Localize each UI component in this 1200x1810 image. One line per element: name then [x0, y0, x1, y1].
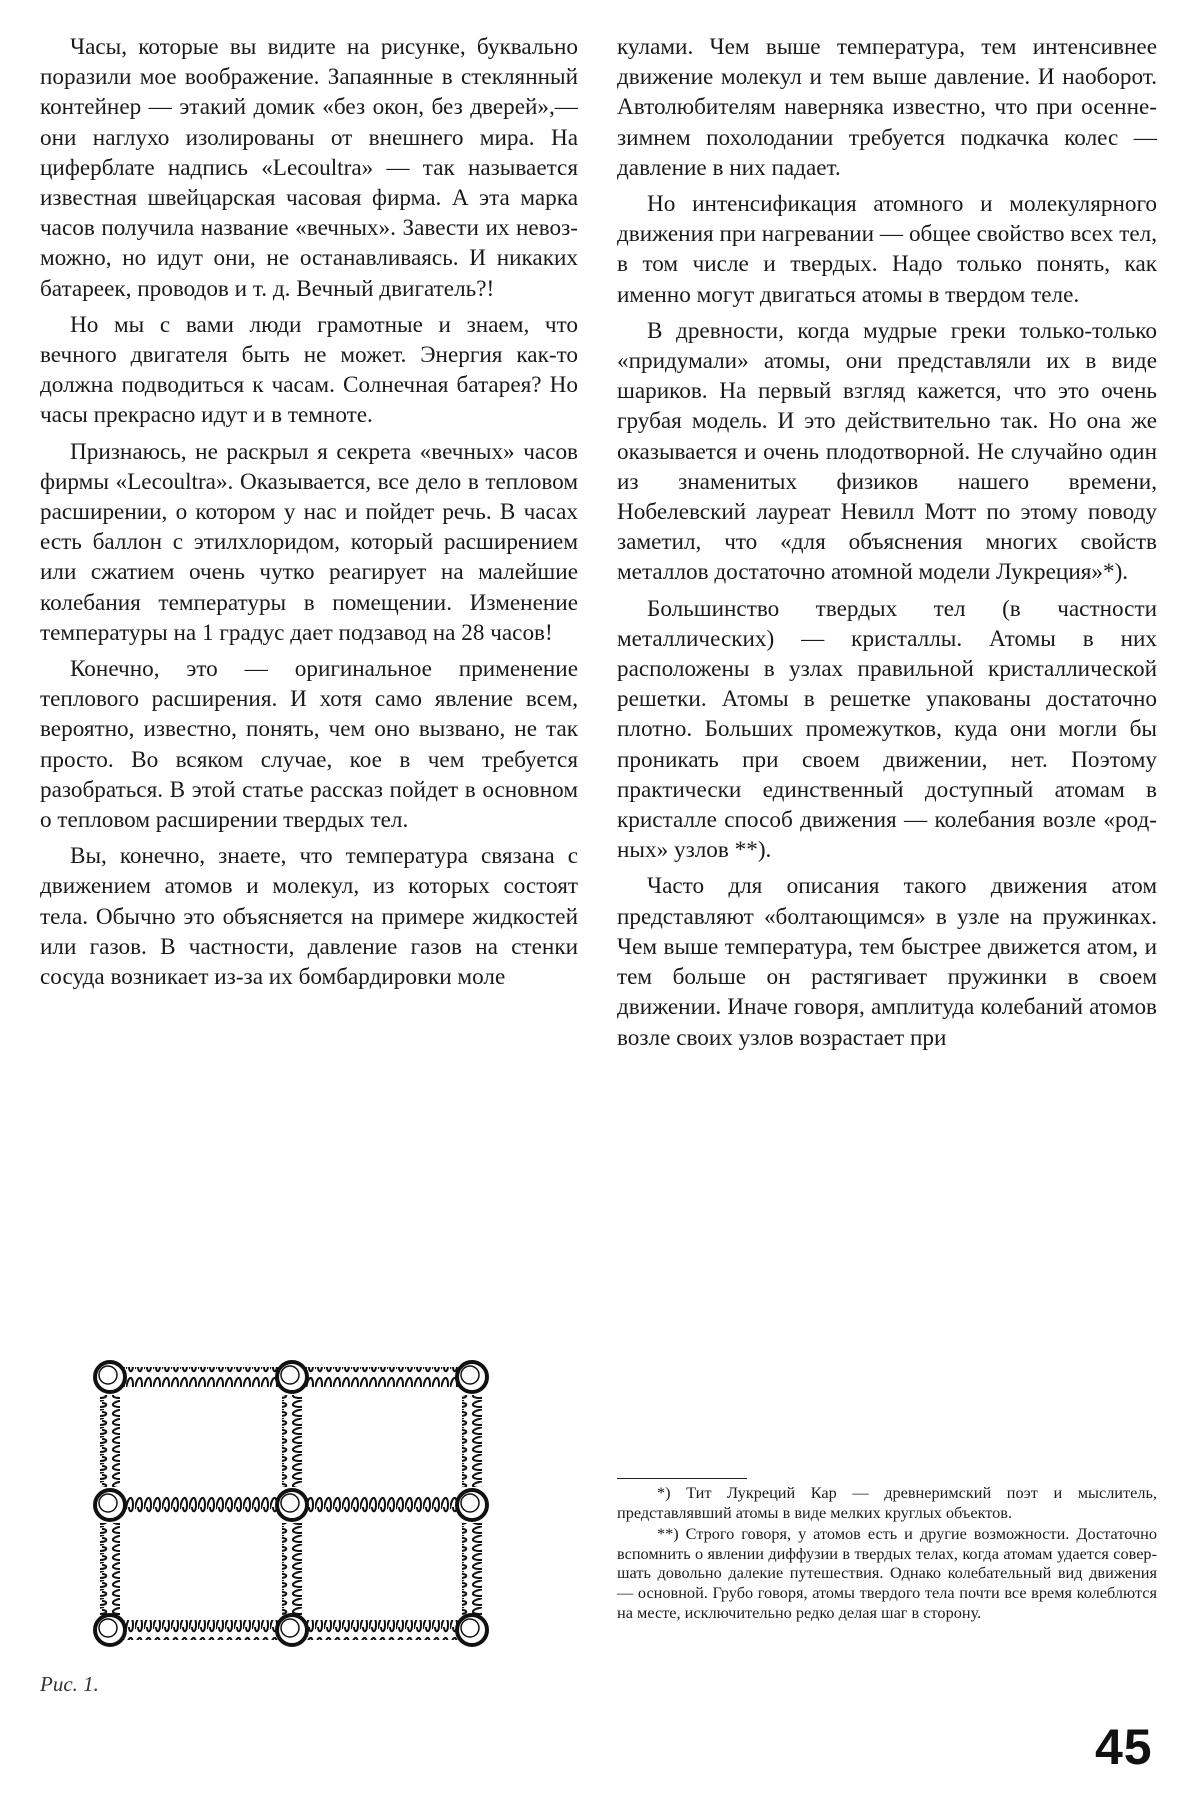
paragraph: Большинство твердых тел (в частно­сти ме…: [617, 594, 1157, 866]
paragraph: Вы, конечно, знаете, что температу­ра св…: [40, 841, 578, 992]
right-column: кулами. Чем выше температура, тем интенс…: [617, 32, 1157, 1059]
page-number: 45: [1095, 1718, 1153, 1776]
paragraph: Часы, которые вы видите на рисунке, букв…: [40, 32, 578, 304]
footnote: *) Тит Лукреций Кар — древнеримский поэт…: [617, 1483, 1157, 1522]
paragraph: Но интенсификация атомного и мо­лекулярн…: [617, 189, 1157, 310]
paragraph-continuation: кулами. Чем выше температура, тем интенс…: [617, 32, 1157, 183]
lattice-springs-illustration: [90, 1355, 530, 1655]
footnote-divider: [617, 1478, 747, 1479]
paragraph: В древности, когда мудрые греки только-т…: [617, 316, 1157, 588]
paragraph: Часто для описания такого движе­ния атом…: [617, 871, 1157, 1052]
footnotes: *) Тит Лукреций Кар — древнеримский поэт…: [617, 1478, 1157, 1624]
paragraph: Но мы с вами люди грамотные и знаем, что…: [40, 310, 578, 431]
lattice-figure: [90, 1355, 530, 1655]
figure-caption: Рис. 1.: [40, 1672, 99, 1697]
footnote: **) Строго говоря, у атомов есть и други…: [617, 1524, 1157, 1622]
left-column: Часы, которые вы видите на рисунке, букв…: [40, 32, 578, 998]
paragraph: Признаюсь, не раскрыл я секрета «вечных»…: [40, 437, 578, 648]
paragraph: Конечно, это — оригинальное при­менение …: [40, 654, 578, 835]
